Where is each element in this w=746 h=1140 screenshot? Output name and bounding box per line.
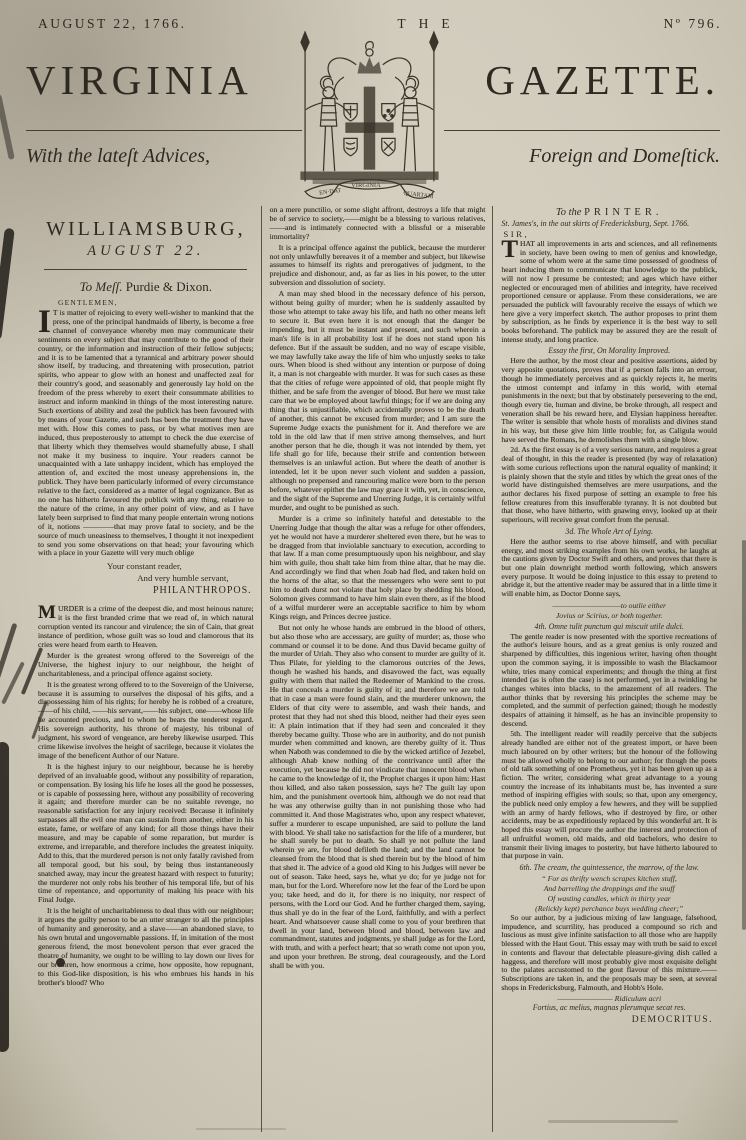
tagline-left: With the lateſt Advices, [26, 145, 302, 168]
printer-paragraph: So our author, by a judicious mixing of … [501, 914, 717, 992]
verse-quote-line: Of wasting candles, which in thirty year [501, 894, 717, 903]
heading-to-the: To the [556, 207, 582, 218]
author-signature: DEMOCRITUS. [501, 1014, 713, 1025]
motto-center: VIRGINIA [351, 182, 381, 189]
text-columns: WILLIAMSBURG, AUGUST 22. To Meſſ. Purdie… [30, 206, 724, 1132]
printer-letter-greeting: SIR, [503, 229, 717, 239]
salutation-to: To Meſſ. [80, 279, 123, 294]
salutation-names: Purdie & Dixon. [126, 279, 212, 294]
verse-quote-line: “ For as thrifty wench scrapes kitchen s… [501, 874, 717, 883]
essay-paragraph: It is a principal offence against the pu… [270, 244, 486, 289]
issue-date: AUGUST 22, 1766. [38, 16, 187, 32]
letter-body: IT is matter of rejoicing to every well-… [38, 309, 254, 558]
signoff-line: And very humble servant, [137, 573, 253, 583]
newspaper-page: AUGUST 22, 1766. THE Nº 796. VIRGINIA Wi… [0, 0, 746, 1140]
essay-paragraph: Murder is the greatest wrong offered to … [38, 652, 254, 679]
printer-paragraph: 5th. The intelligent reader will readily… [501, 730, 717, 861]
printer-paragraph: THAT all improvements in arts and scienc… [501, 240, 717, 344]
essay-paragraph: on a mere punctilio, or some slight affr… [270, 206, 486, 242]
masthead-title-gazette: GAZETTE. [444, 56, 720, 104]
column-middle: on a mere punctilio, or some slight affr… [261, 206, 493, 1132]
issue-number: Nº 796. [664, 16, 722, 32]
printer-letter-heading: To the PRINTER. [501, 207, 717, 218]
essay-paragraph: It is the highest injury to our neighbou… [38, 763, 254, 906]
section-rule [44, 269, 247, 270]
ink-smudge [0, 228, 15, 340]
essay-heading-3: 3d. The Whole Art of Lying. [501, 527, 717, 536]
masthead-left: VIRGINIA With the lateſt Advices, [26, 56, 302, 168]
letter-salutation: To Meſſ. Purdie & Dixon. [38, 279, 254, 295]
column-right: To the PRINTER. St. James's, in the out … [492, 206, 724, 1132]
essay-paragraph: A man may shed blood in the necessary de… [270, 290, 486, 513]
masthead-rule-right [444, 130, 720, 131]
drop-cap-i: I [38, 309, 53, 335]
drop-cap-t: T [501, 240, 520, 260]
printer-paragraph: Here the author, by the most clear and p… [501, 357, 717, 444]
closing-motto-line: ———————— Ridiculum acri [501, 994, 717, 1003]
letter-signature: PHILANTHROPOS. [38, 585, 252, 596]
edge-shadow [742, 540, 746, 930]
coat-of-arms-icon: EN·DAT VIRGINIA QUARTAM [281, 30, 457, 212]
drop-cap-m: M [38, 605, 58, 620]
ink-smudge [1, 661, 25, 704]
binding-shadow [0, 742, 9, 1052]
letter-greeting: GENTLEMEN, [58, 298, 254, 307]
signoff-line: Your constant reader, [107, 561, 254, 571]
essay-heading-6: 6th. The cream, the quintessence, the ma… [501, 863, 717, 872]
essay-paragraph: Murder is a crime so infinitely hateful … [270, 515, 486, 622]
essay-paragraph: MURDER is a crime of the deepest die, an… [38, 605, 254, 650]
essay-paragraph: But not only he whose hands are embrued … [270, 624, 486, 971]
masthead-title-virginia: VIRGINIA [26, 56, 302, 104]
motto-right: QUARTAM [403, 191, 434, 201]
masthead-rule-left [26, 130, 302, 131]
verse-quote-line: Jovius or Scirius, or both together. [501, 611, 717, 620]
printer-letter-dateline: St. James's, in the out skirts of Freder… [501, 219, 717, 228]
verse-quote-line: ——————————to outlie either [501, 601, 717, 610]
verse-quote-line: And barrelling the droppings and the snu… [501, 884, 717, 893]
dateline-city: WILLIAMSBURG, [38, 218, 254, 241]
closing-motto-line: Fortius, ac melius, magnas plerumque sec… [501, 1003, 717, 1012]
column-left: WILLIAMSBURG, AUGUST 22. To Meſſ. Purdie… [30, 206, 261, 1132]
essay-paragraph: It is the height of uncharitableness to … [38, 907, 254, 987]
verse-quote-line: (Relickly kept) perchance buys wedding c… [501, 904, 717, 913]
essay-paragraph: It is the greatest wrong offered to to t… [38, 681, 254, 761]
tagline-right: Foreign and Domeſtick. [444, 145, 720, 168]
essay-heading-1: Essay the first, On Morality Improved. [501, 346, 717, 355]
masthead-right: GAZETTE. Foreign and Domeſtick. [444, 56, 720, 168]
essay-heading-4: 4th. Omne tulit punctum qui miscuit util… [501, 622, 717, 631]
dateline-date: AUGUST 22. [38, 243, 254, 260]
printer-paragraph: Here the author seems to rise above hims… [501, 538, 717, 599]
heading-printer: PRINTER. [584, 207, 662, 218]
printer-paragraph: The gentle reader is now presented with … [501, 633, 717, 729]
printer-paragraph: 2d. As the first essay is of a very seri… [501, 446, 717, 524]
